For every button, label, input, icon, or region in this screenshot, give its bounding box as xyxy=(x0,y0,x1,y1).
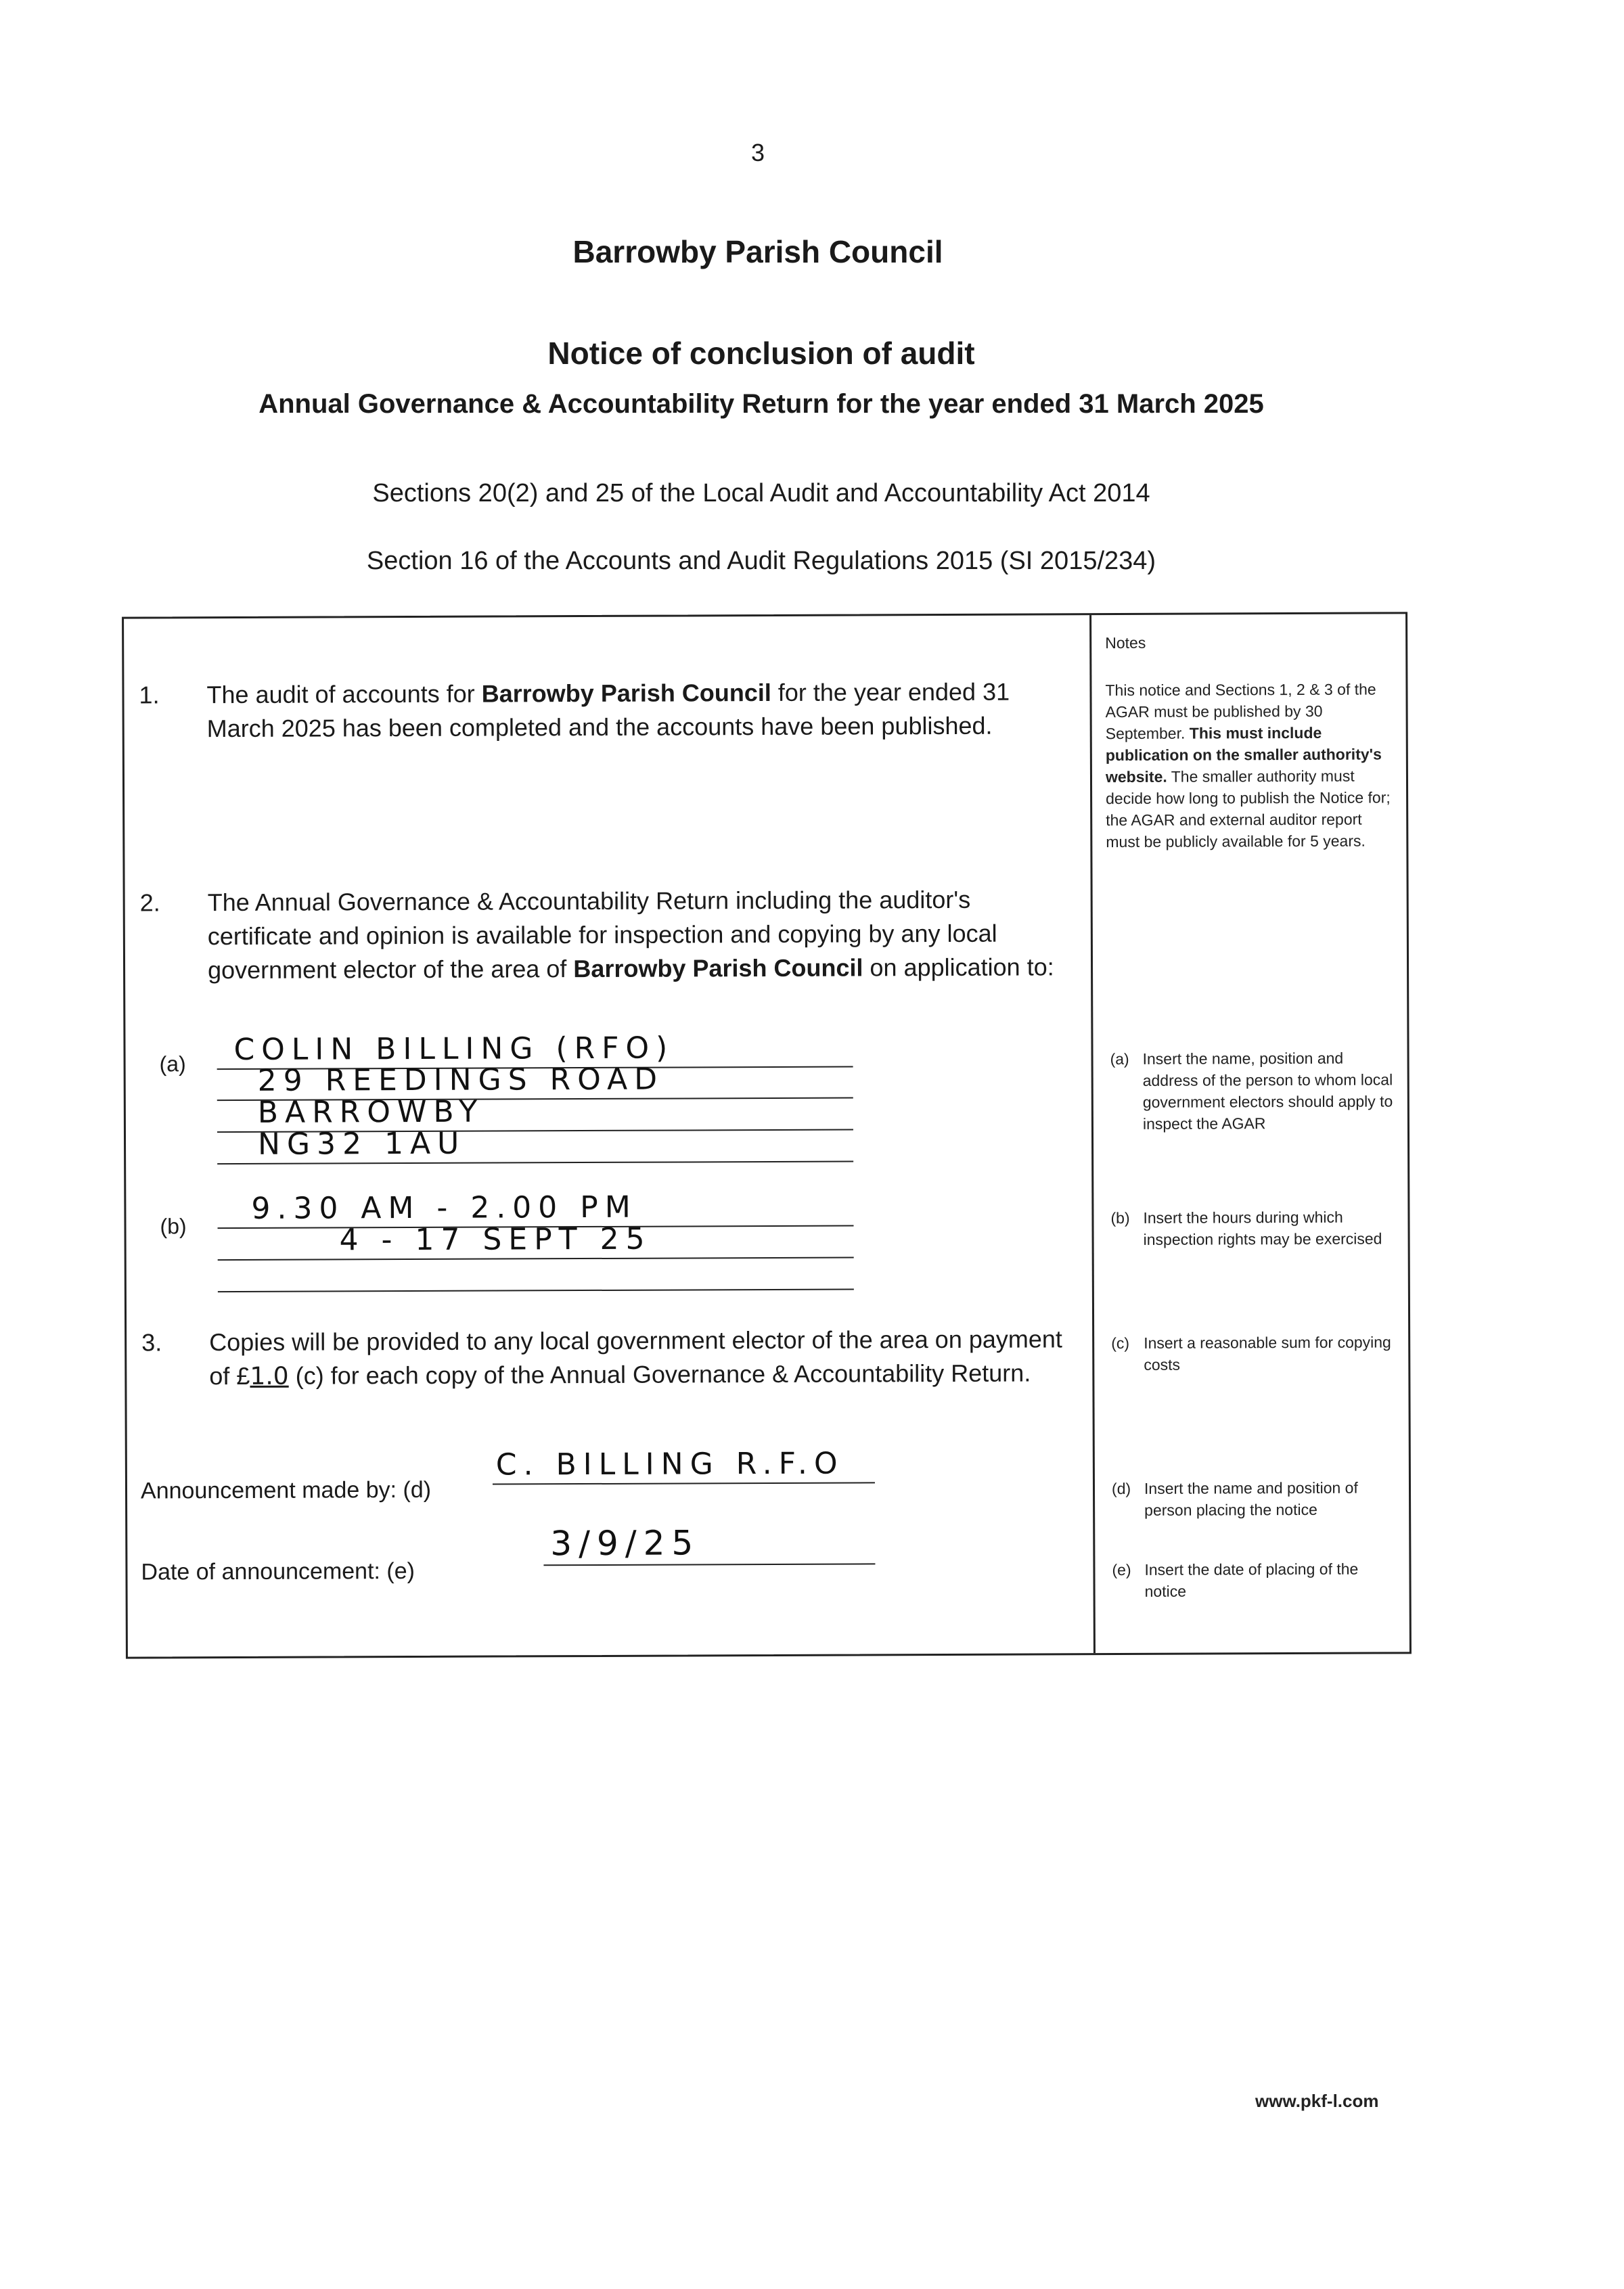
field-label-b: (b) xyxy=(160,1214,186,1239)
announcement-made-by-label: Announcement made by: (d) xyxy=(141,1477,431,1505)
page-number: 3 xyxy=(0,139,1516,167)
note-b: (b)Insert the hours during which inspect… xyxy=(1110,1206,1401,1207)
council-title: Barrowby Parish Council xyxy=(0,233,1516,270)
notice-form: 1. The audit of accounts for Barrowby Pa… xyxy=(122,612,1412,1658)
date-of-announcement-field[interactable]: 3/9/25 xyxy=(543,1522,875,1566)
item-text: Copies will be provided to any local gov… xyxy=(209,1322,1075,1394)
item-text: The audit of accounts for Barrowby Paris… xyxy=(206,675,1073,746)
legal-reference-regulations: Section 16 of the Accounts and Audit Reg… xyxy=(0,547,1522,576)
item-number: 3. xyxy=(141,1325,162,1359)
legal-reference-act: Sections 20(2) and 25 of the Local Audit… xyxy=(0,479,1522,508)
note-d: (d)Insert the name and position of perso… xyxy=(1112,1476,1403,1478)
announcement-made-by-field[interactable]: C. BILLING R.F.O xyxy=(493,1441,875,1485)
copy-cost-field[interactable]: 1.0 xyxy=(250,1363,288,1390)
note-e: (e)Insert the date of placing of the not… xyxy=(1112,1558,1403,1559)
notes-heading: Notes xyxy=(1105,631,1396,654)
column-divider xyxy=(1089,615,1096,1653)
note-c: (c)Insert a reasonable sum for copying c… xyxy=(1111,1331,1402,1332)
agar-title: Annual Governance & Accountability Retur… xyxy=(0,389,1522,420)
hours-line-3[interactable] xyxy=(218,1248,854,1293)
note-a: (a)Insert the name, position and address… xyxy=(1110,1047,1401,1048)
date-of-announcement-label: Date of announcement: (e) xyxy=(141,1558,415,1586)
item-number: 1. xyxy=(139,678,159,712)
notice-title: Notice of conclusion of audit xyxy=(0,335,1522,371)
footer-url: www.pkf-l.com xyxy=(1255,2091,1379,2112)
item-number: 2. xyxy=(140,886,160,920)
item-text: The Annual Governance & Accountability R… xyxy=(208,882,1075,987)
notes-main-text: This notice and Sections 1, 2 & 3 of the… xyxy=(1105,678,1397,853)
contact-line-4[interactable]: NG32 1AU xyxy=(217,1120,853,1165)
field-label-a: (a) xyxy=(160,1051,186,1076)
